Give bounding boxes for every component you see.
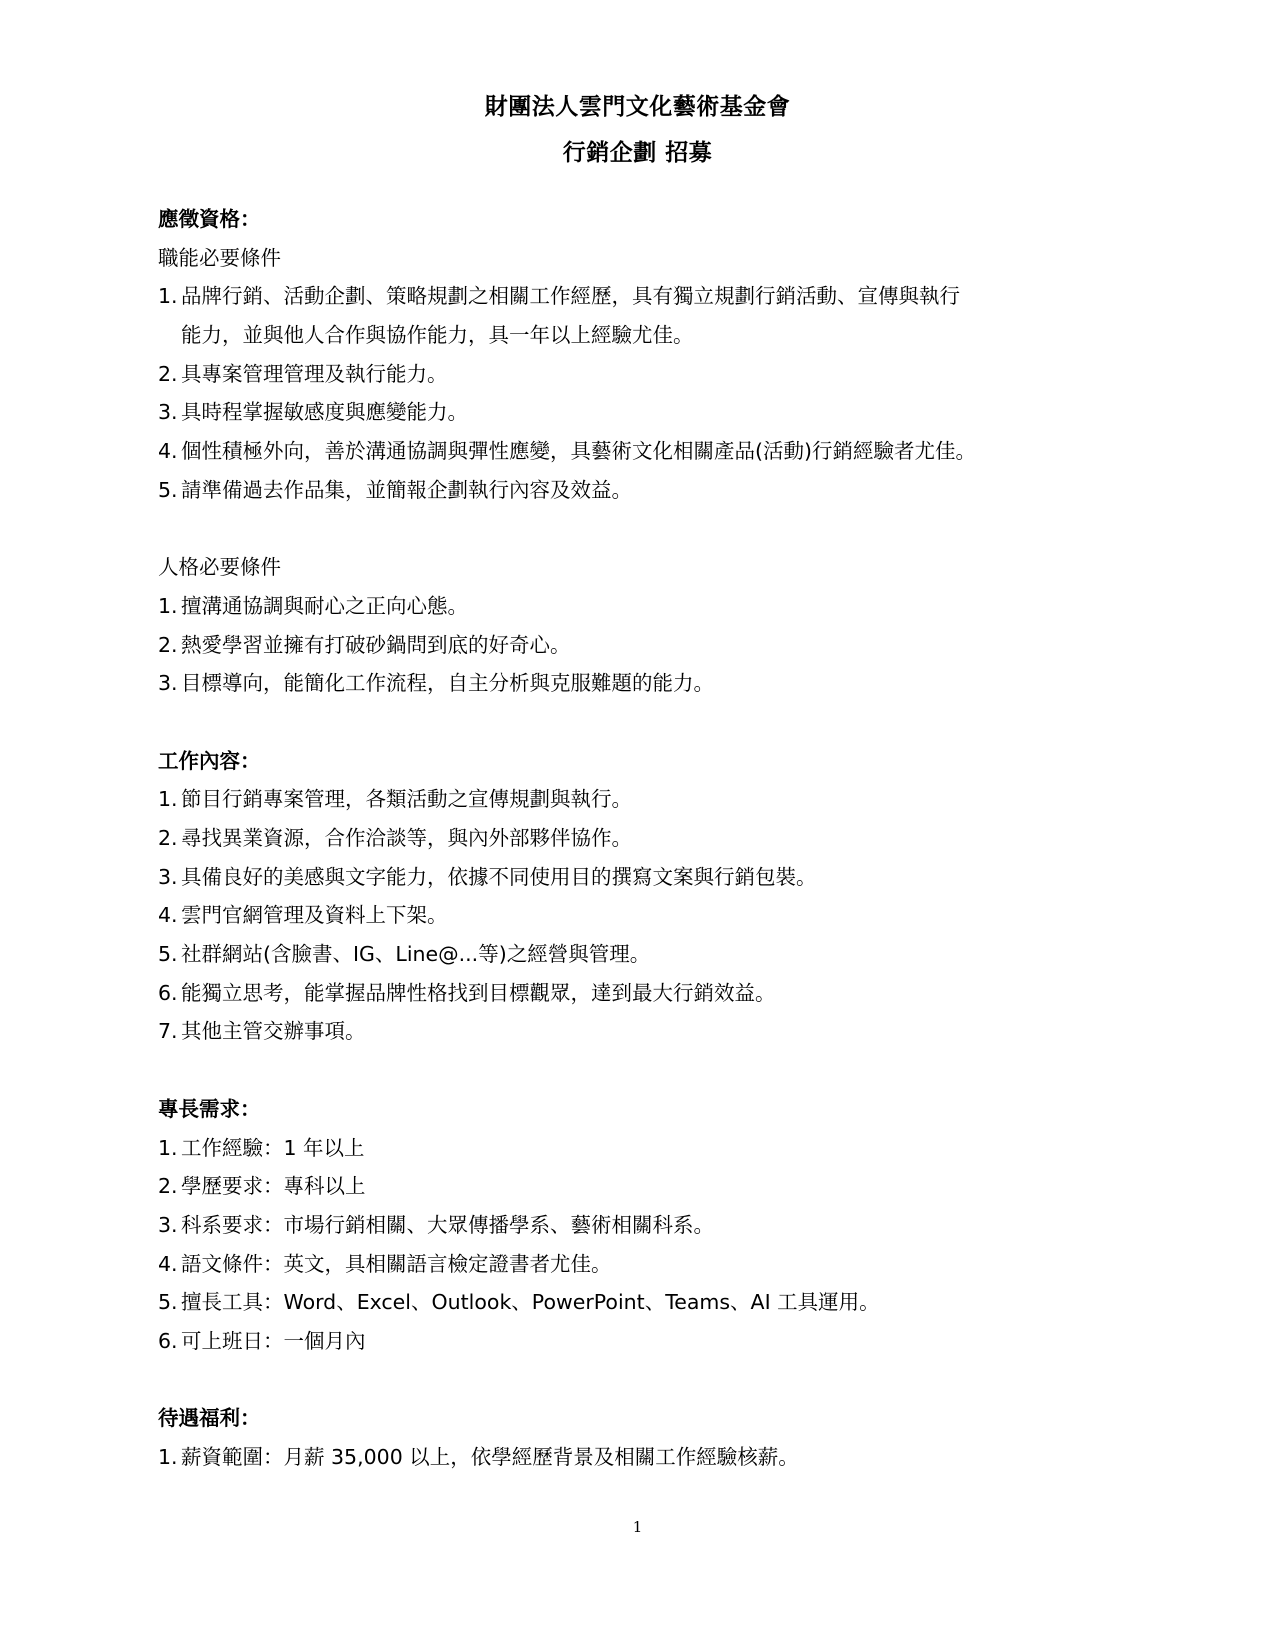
list-item: 3. 具備良好的美感與文字能力，依據不同使用目的撰寫文案與行銷包裝。: [158, 858, 1118, 897]
list-number: 5.: [158, 471, 181, 510]
list-item: 6. 可上班日：一個月內: [158, 1322, 1118, 1361]
list-number: 5.: [158, 935, 181, 974]
list-text: 社群網站(含臉書、IG、Line@...等)之經營與管理。: [181, 935, 650, 974]
list-number: 4.: [158, 896, 181, 935]
list-number: 3.: [158, 664, 181, 703]
list-text: 其他主管交辦事項。: [181, 1012, 366, 1051]
list-item: 4. 語文條件：英文，具相關語言檢定證書者尤佳。: [158, 1245, 1118, 1284]
list-item: 1. 擅溝通協調與耐心之正向心態。: [158, 587, 1118, 626]
spacer: [158, 1361, 1118, 1400]
list-text: 學歷要求：專科以上: [181, 1167, 366, 1206]
section-heading-skills: 專長需求：: [158, 1090, 1118, 1129]
list-number: 3.: [158, 1206, 181, 1245]
list-text: 品牌行銷、活動企劃、策略規劃之相關工作經歷，具有獨立規劃行銷活動、宣傳與執行: [181, 277, 960, 316]
list-item-continuation: 能力，並與他人合作與協作能力，具一年以上經驗尤佳。: [158, 316, 1118, 355]
organization-title: 財團法人雲門文化藝術基金會: [0, 88, 1275, 121]
document-page: 財團法人雲門文化藝術基金會 行銷企劃 招募 應徵資格： 職能必要條件 1. 品牌…: [0, 0, 1275, 1650]
list-text: 擅溝通協調與耐心之正向心態。: [181, 587, 468, 626]
list-item: 1. 節目行銷專案管理，各類活動之宣傳規劃與執行。: [158, 780, 1118, 819]
list-text: 熱愛學習並擁有打破砂鍋問到底的好奇心。: [181, 626, 571, 665]
list-item: 2. 學歷要求：專科以上: [158, 1167, 1118, 1206]
list-text: 請準備過去作品集，並簡報企劃執行內容及效益。: [181, 471, 632, 510]
list-number: 7.: [158, 1012, 181, 1051]
list-item: 6. 能獨立思考，能掌握品牌性格找到目標觀眾，達到最大行銷效益。: [158, 974, 1118, 1013]
list-number: 2.: [158, 626, 181, 665]
list-number: 2.: [158, 355, 181, 394]
list-text: 科系要求：市場行銷相關、大眾傳播學系、藝術相關科系。: [181, 1206, 714, 1245]
list-number: 1.: [158, 780, 181, 819]
list-text: 個性積極外向，善於溝通協調與彈性應變，具藝術文化相關產品(活動)行銷經驗者尤佳。: [181, 432, 976, 471]
list-text: 目標導向，能簡化工作流程，自主分析與克服難題的能力。: [181, 664, 714, 703]
list-item: 2. 尋找異業資源，合作洽談等，與內外部夥伴協作。: [158, 819, 1118, 858]
list-text: 可上班日：一個月內: [181, 1322, 366, 1361]
list-item: 4. 雲門官網管理及資料上下架。: [158, 896, 1118, 935]
list-text: 擅長工具：Word、Excel、Outlook、PowerPoint、Teams…: [181, 1283, 880, 1322]
list-number: 1.: [158, 587, 181, 626]
list-number: 4.: [158, 1245, 181, 1284]
list-item: 2. 具專案管理管理及執行能力。: [158, 355, 1118, 394]
list-number: 2.: [158, 1167, 181, 1206]
list-number: 1.: [158, 277, 181, 316]
list-item: 3. 具時程掌握敏感度與應變能力。: [158, 393, 1118, 432]
list-text: 節目行銷專案管理，各類活動之宣傳規劃與執行。: [181, 780, 632, 819]
list-number: 6.: [158, 1322, 181, 1361]
list-item: 1. 工作經驗：1 年以上: [158, 1129, 1118, 1168]
list-number: 3.: [158, 393, 181, 432]
document-body: 應徵資格： 職能必要條件 1. 品牌行銷、活動企劃、策略規劃之相關工作經歷，具有…: [158, 200, 1118, 1477]
list-item: 5. 擅長工具：Word、Excel、Outlook、PowerPoint、Te…: [158, 1283, 1118, 1322]
list-text: 工作經驗：1 年以上: [181, 1129, 365, 1168]
section-heading-benefits: 待遇福利：: [158, 1399, 1118, 1438]
job-title: 行銷企劃 招募: [0, 134, 1275, 167]
list-item: 5. 社群網站(含臉書、IG、Line@...等)之經營與管理。: [158, 935, 1118, 974]
list-text: 具時程掌握敏感度與應變能力。: [181, 393, 468, 432]
list-number: 3.: [158, 858, 181, 897]
list-item: 7. 其他主管交辦事項。: [158, 1012, 1118, 1051]
list-text: 具專案管理管理及執行能力。: [181, 355, 448, 394]
list-text: 具備良好的美感與文字能力，依據不同使用目的撰寫文案與行銷包裝。: [181, 858, 817, 897]
list-number: 2.: [158, 819, 181, 858]
section-heading-qualifications: 應徵資格：: [158, 200, 1118, 239]
list-item: 4. 個性積極外向，善於溝通協調與彈性應變，具藝術文化相關產品(活動)行銷經驗者…: [158, 432, 1118, 471]
list-item: 5. 請準備過去作品集，並簡報企劃執行內容及效益。: [158, 471, 1118, 510]
page-number: 1: [0, 1518, 1275, 1536]
list-number: 1.: [158, 1129, 181, 1168]
list-number: 4.: [158, 432, 181, 471]
list-text: 薪資範圍：月薪 35,000 以上，依學經歷背景及相關工作經驗核薪。: [181, 1438, 799, 1477]
list-text: 雲門官網管理及資料上下架。: [181, 896, 448, 935]
list-number: 6.: [158, 974, 181, 1013]
list-text: 尋找異業資源，合作洽談等，與內外部夥伴協作。: [181, 819, 632, 858]
list-text: 語文條件：英文，具相關語言檢定證書者尤佳。: [181, 1245, 612, 1284]
subheading-personality-requirements: 人格必要條件: [158, 548, 1118, 587]
subheading-functional-requirements: 職能必要條件: [158, 239, 1118, 278]
list-text: 能獨立思考，能掌握品牌性格找到目標觀眾，達到最大行銷效益。: [181, 974, 776, 1013]
list-item: 3. 目標導向，能簡化工作流程，自主分析與克服難題的能力。: [158, 664, 1118, 703]
list-item: 1. 薪資範圍：月薪 35,000 以上，依學經歷背景及相關工作經驗核薪。: [158, 1438, 1118, 1477]
spacer: [158, 703, 1118, 742]
list-number: 5.: [158, 1283, 181, 1322]
section-heading-job-content: 工作內容：: [158, 742, 1118, 781]
list-item: 1. 品牌行銷、活動企劃、策略規劃之相關工作經歷，具有獨立規劃行銷活動、宣傳與執…: [158, 277, 1118, 316]
list-item: 2. 熱愛學習並擁有打破砂鍋問到底的好奇心。: [158, 626, 1118, 665]
list-number: 1.: [158, 1438, 181, 1477]
list-item: 3. 科系要求：市場行銷相關、大眾傳播學系、藝術相關科系。: [158, 1206, 1118, 1245]
spacer: [158, 510, 1118, 549]
spacer: [158, 1051, 1118, 1090]
